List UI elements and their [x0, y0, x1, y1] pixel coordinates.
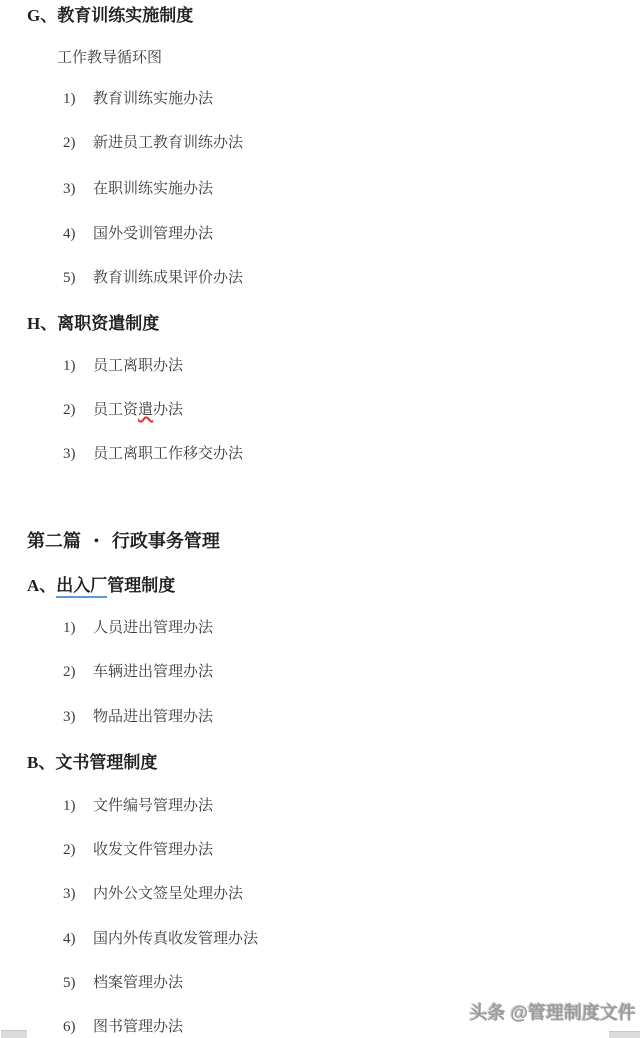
- item-text: 图书管理办法: [93, 1019, 183, 1035]
- item-number: 4): [63, 931, 93, 948]
- bullet-separator-icon: •: [94, 534, 99, 549]
- item-text: 内外公文签呈处理办法: [93, 886, 243, 902]
- toc-item: 1)教育训练实施办法: [63, 91, 213, 108]
- item-text: 档案管理办法: [93, 975, 183, 991]
- toc-item: 2)车辆进出管理办法: [63, 664, 213, 681]
- item-number: 6): [63, 1019, 93, 1036]
- item-number: 5): [63, 270, 93, 287]
- toc-item: 2)收发文件管理办法: [63, 842, 213, 859]
- toc-item: 5)档案管理办法: [63, 975, 183, 992]
- toc-item: 4)国外受训管理办法: [63, 226, 213, 243]
- toc-item: 2)新进员工教育训练办法: [63, 135, 243, 152]
- toc-item: 4)国内外传真收发管理办法: [63, 931, 258, 948]
- item-text: 新进员工教育训练办法: [93, 135, 243, 151]
- work-guidance-cycle-note: 工作教导循环图: [57, 50, 162, 67]
- corner-ui-fragment-left: [1, 1030, 27, 1038]
- item-number: 2): [63, 664, 93, 681]
- toc-item: 3)在职训练实施办法: [63, 181, 213, 198]
- item-number: 2): [63, 402, 93, 419]
- document-page: G、教育训练实施制度 工作教导循环图 1)教育训练实施办法 2)新进员工教育训练…: [0, 0, 640, 1038]
- section-h-heading: H、离职资遣制度: [27, 315, 159, 334]
- toc-item: 1)文件编号管理办法: [63, 798, 213, 815]
- item-text: 车辆进出管理办法: [93, 664, 213, 680]
- toc-item: 3)员工离职工作移交办法: [63, 446, 243, 463]
- item-text-prefix: 员工资: [93, 402, 138, 418]
- spellcheck-flagged-char: 遣: [138, 402, 153, 418]
- section-b-heading: B、文书管理制度: [27, 754, 157, 773]
- item-text: 教育训练成果评价办法: [93, 270, 243, 286]
- item-text: 国内外传真收发管理办法: [93, 931, 258, 947]
- part2-name: 行政事务管理: [112, 531, 220, 551]
- toc-item: 6)图书管理办法: [63, 1019, 183, 1036]
- item-text: 在职训练实施办法: [93, 181, 213, 197]
- item-text: 物品进出管理办法: [93, 709, 213, 725]
- section-a-heading: A、出入厂管理制度: [27, 577, 175, 596]
- item-text: 教育训练实施办法: [93, 91, 213, 107]
- toc-item: 3)内外公文签呈处理办法: [63, 886, 243, 903]
- toc-item: 1)员工离职办法: [63, 358, 183, 375]
- item-text: 国外受训管理办法: [93, 226, 213, 242]
- toc-item: 5)教育训练成果评价办法: [63, 270, 243, 287]
- item-text: 人员进出管理办法: [93, 620, 213, 636]
- item-number: 5): [63, 975, 93, 992]
- item-number: 4): [63, 226, 93, 243]
- item-number: 1): [63, 620, 93, 637]
- item-text: 员工离职办法: [93, 358, 183, 374]
- heading-rest: 管理制度: [107, 576, 175, 595]
- item-text: 员工离职工作移交办法: [93, 446, 243, 462]
- item-number: 1): [63, 798, 93, 815]
- item-number: 3): [63, 181, 93, 198]
- item-number: 3): [63, 709, 93, 726]
- grammar-underlined-term: 出入厂: [56, 576, 107, 598]
- corner-ui-fragment-right: [609, 1031, 640, 1038]
- heading-prefix: A、: [27, 576, 56, 595]
- item-number: 1): [63, 91, 93, 108]
- part2-title: 第二篇•行政事务管理: [27, 532, 220, 552]
- item-number: 2): [63, 135, 93, 152]
- item-number: 3): [63, 446, 93, 463]
- toc-item: 3)物品进出管理办法: [63, 709, 213, 726]
- item-number: 3): [63, 886, 93, 903]
- part2-number: 第二篇: [27, 531, 81, 551]
- item-text-suffix: 办法: [153, 402, 183, 418]
- item-text: 文件编号管理办法: [93, 798, 213, 814]
- toc-item: 1)人员进出管理办法: [63, 620, 213, 637]
- item-text: 收发文件管理办法: [93, 842, 213, 858]
- toc-item: 2)员工资遣办法: [63, 402, 183, 419]
- section-g-heading: G、教育训练实施制度: [27, 7, 193, 26]
- toutiao-watermark: 头条 @管理制度文件: [469, 999, 636, 1025]
- item-number: 1): [63, 358, 93, 375]
- item-number: 2): [63, 842, 93, 859]
